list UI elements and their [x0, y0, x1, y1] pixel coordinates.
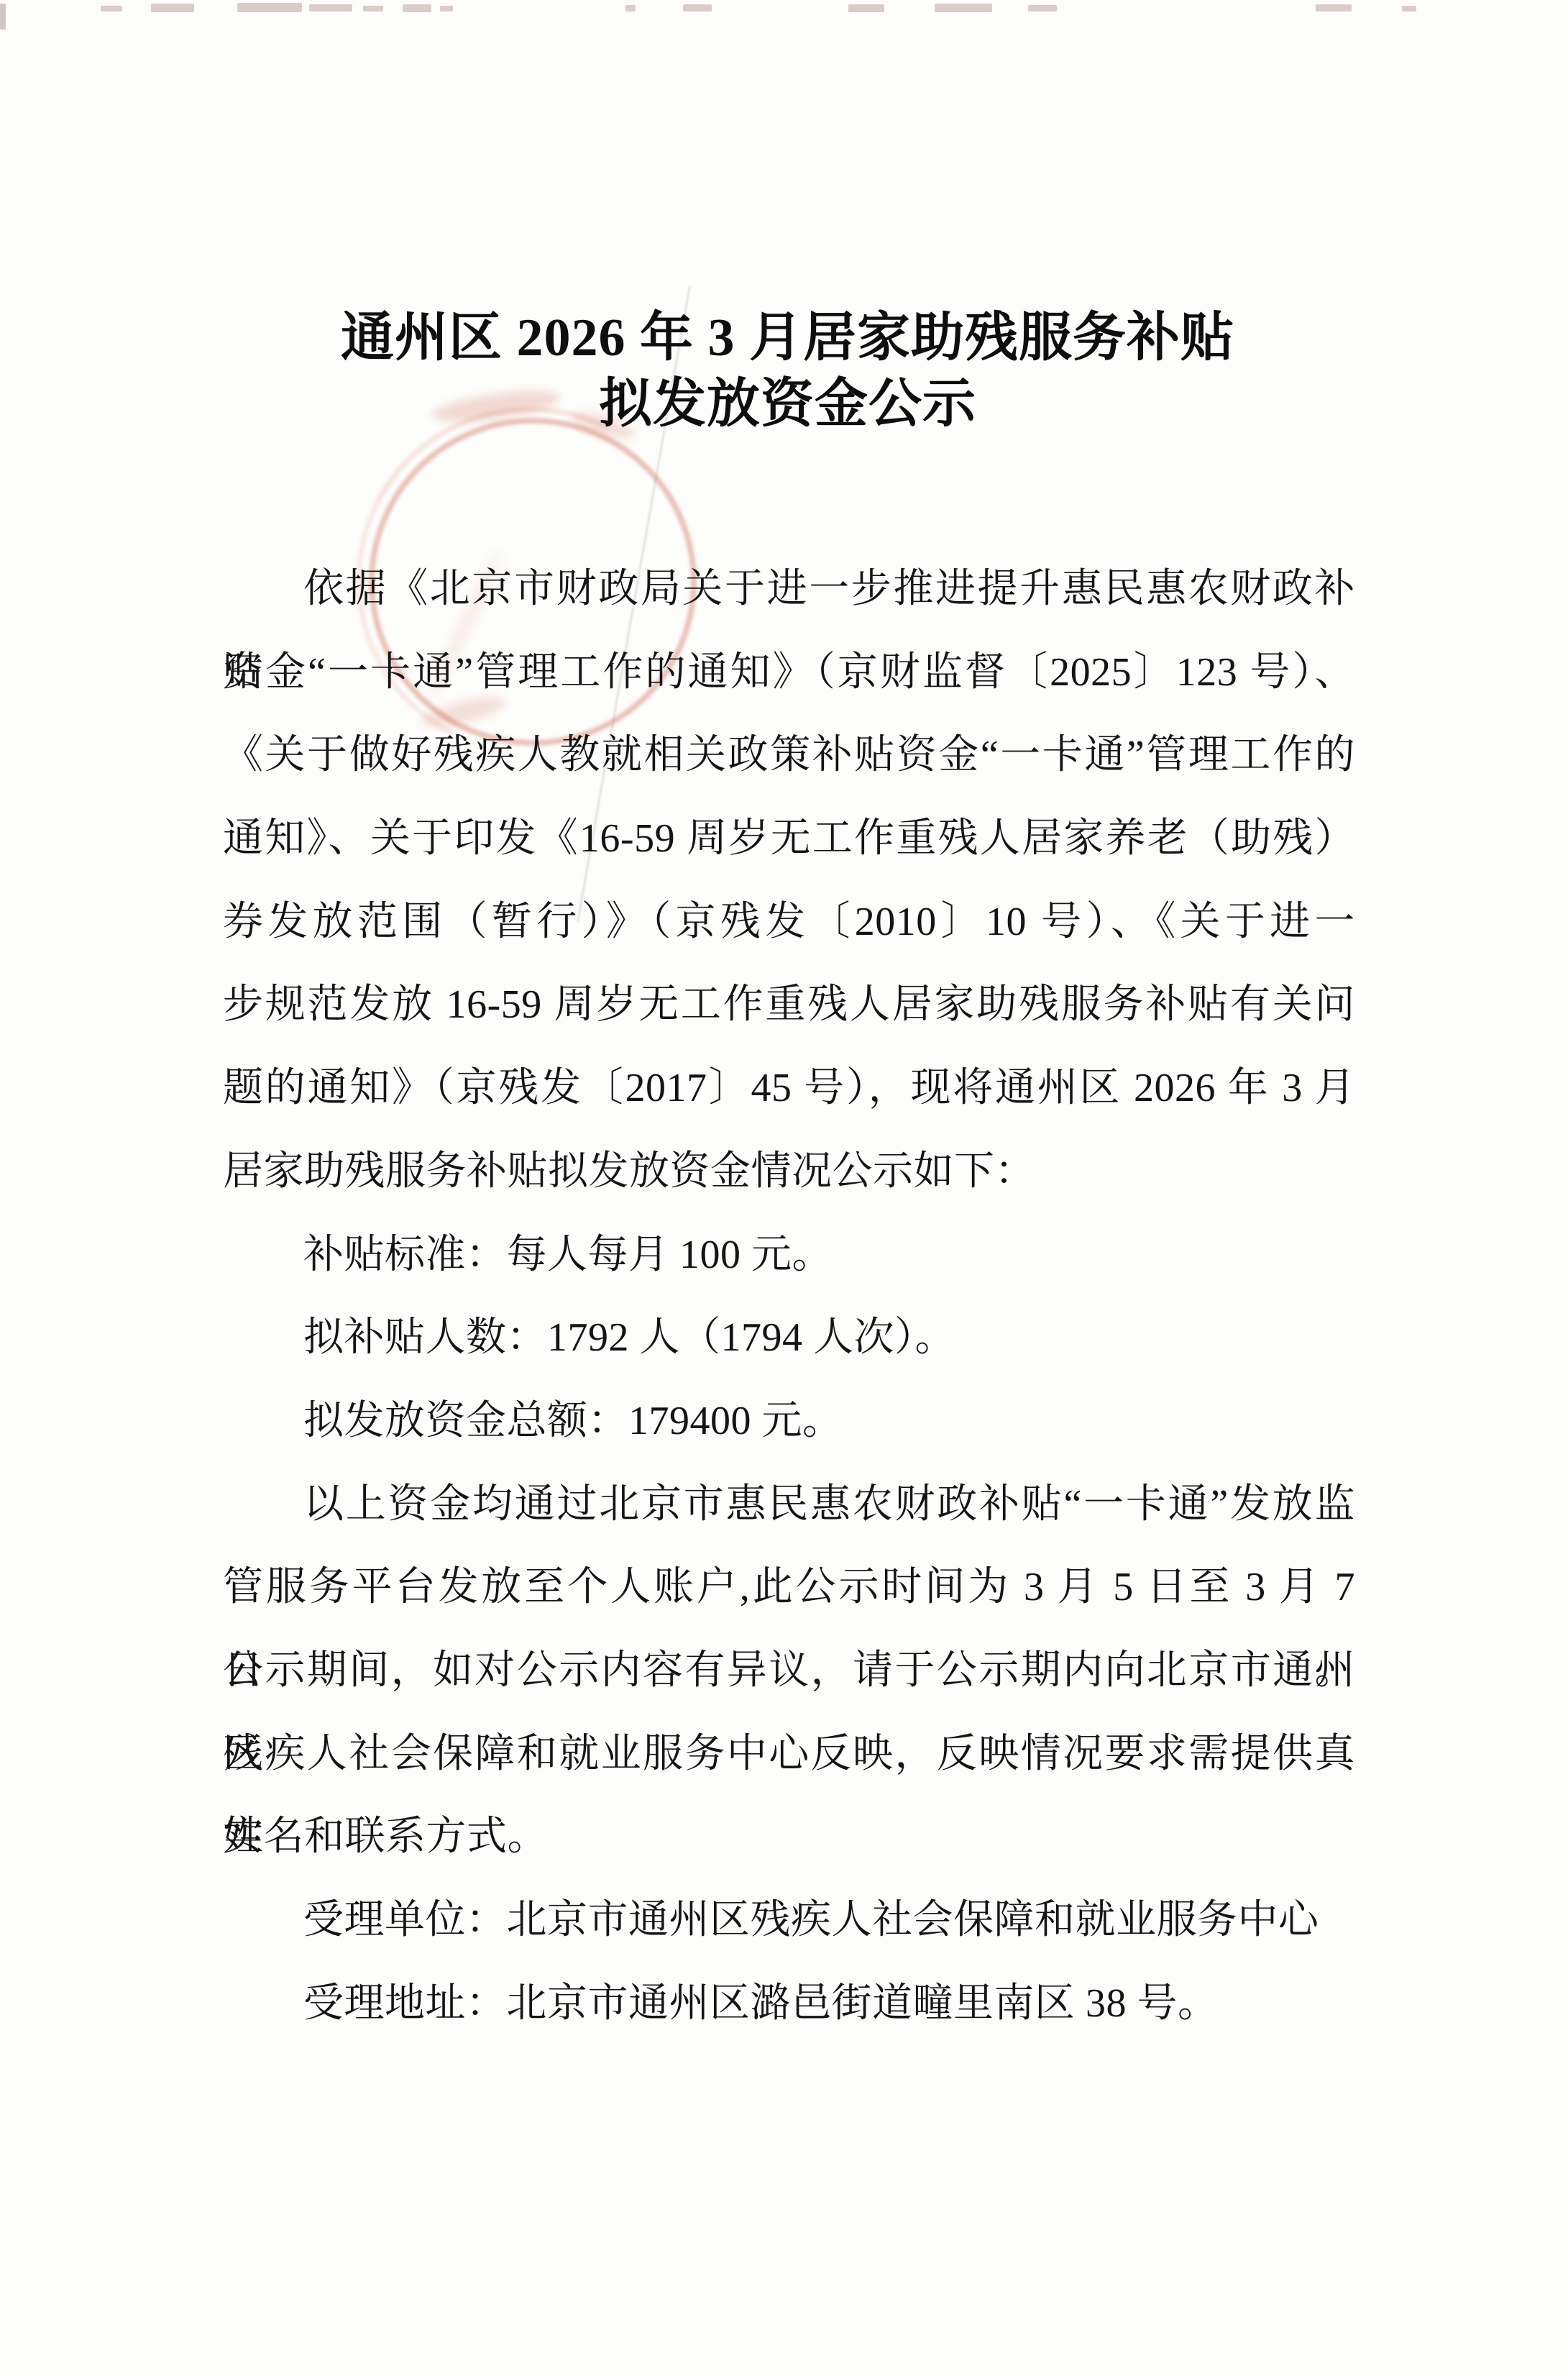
- body-line-1: 依据《北京市财政局关于进一步推进提升惠民惠农财政补贴: [223, 548, 1355, 631]
- body-line-18: 受理地址：北京市通州区潞邑街道疃里南区 38 号。: [223, 1963, 1355, 2046]
- scan-dash: [309, 4, 352, 12]
- body-line-14: 公示期间，如对公示内容有异议，请于公示期内向北京市通州区: [223, 1630, 1355, 1713]
- body-line-16: 姓名和联系方式。: [223, 1796, 1355, 1879]
- body-line-4: 通知》、关于印发《16-59 周岁无工作重残人居家养老（助残）: [223, 798, 1355, 881]
- scan-dash: [1402, 6, 1416, 12]
- document-title-line-2: 拟发放资金公示: [223, 371, 1352, 437]
- scan-dash: [1316, 4, 1352, 12]
- body-line-9: 补贴标准：每人每月 100 元。: [223, 1214, 1355, 1297]
- scan-dash: [403, 4, 431, 12]
- scan-dash: [101, 6, 122, 12]
- body-line-15: 残疾人社会保障和就业服务中心反映，反映情况要求需提供真实: [223, 1713, 1355, 1796]
- document-title: 通州区 2026 年 3 月居家助残服务补贴 拟发放资金公示: [223, 305, 1352, 437]
- body-line-6: 步规范发放 16-59 周岁无工作重残人居家助残服务补贴有关问: [223, 964, 1355, 1047]
- scan-dash: [848, 4, 884, 12]
- body-line-2: 资金“一卡通”管理工作的通知》（京财监督〔2025〕123 号）、: [223, 631, 1355, 715]
- scan-dash: [151, 4, 194, 12]
- scan-dash: [1028, 5, 1057, 12]
- scan-dash: [683, 4, 712, 12]
- scan-dash: [625, 5, 636, 12]
- document-body: 依据《北京市财政局关于进一步推进提升惠民惠农财政补贴 资金“一卡通”管理工作的通…: [223, 548, 1355, 2045]
- document-title-line-1: 通州区 2026 年 3 月居家助残服务补贴: [223, 305, 1352, 371]
- body-line-8: 居家助残服务补贴拟发放资金情况公示如下：: [223, 1130, 1355, 1214]
- body-line-5: 券发放范围（暂行）》（京残发〔2010〕10 号）、《关于进一: [223, 881, 1355, 964]
- document-page: 通州区 2026 年 3 月居家助残服务补贴 拟发放资金公示 依据《北京市财政局…: [0, 0, 1568, 2376]
- body-line-7: 题的通知》（京残发〔2017〕45 号），现将通州区 2026 年 3 月: [223, 1047, 1355, 1130]
- scan-dash: [935, 4, 992, 12]
- body-line-17: 受理单位：北京市通州区残疾人社会保障和就业服务中心: [223, 1879, 1355, 1963]
- body-line-11: 拟发放资金总额：179400 元。: [223, 1380, 1355, 1463]
- scan-dash: [363, 6, 383, 12]
- body-line-12: 以上资金均通过北京市惠民惠农财政补贴“一卡通”发放监: [223, 1463, 1355, 1547]
- body-line-3: 《关于做好残疾人教就相关政策补贴资金“一卡通”管理工作的: [223, 714, 1355, 798]
- body-line-10: 拟补贴人数：1792 人（1794 人次）。: [223, 1297, 1355, 1380]
- scan-dash: [440, 6, 453, 12]
- body-line-13: 管服务平台发放至个人账户,此公示时间为 3 月 5 日至 3 月 7 日。: [223, 1546, 1355, 1630]
- scan-dash: [237, 3, 302, 12]
- scan-edge-mark: [0, 4, 6, 29]
